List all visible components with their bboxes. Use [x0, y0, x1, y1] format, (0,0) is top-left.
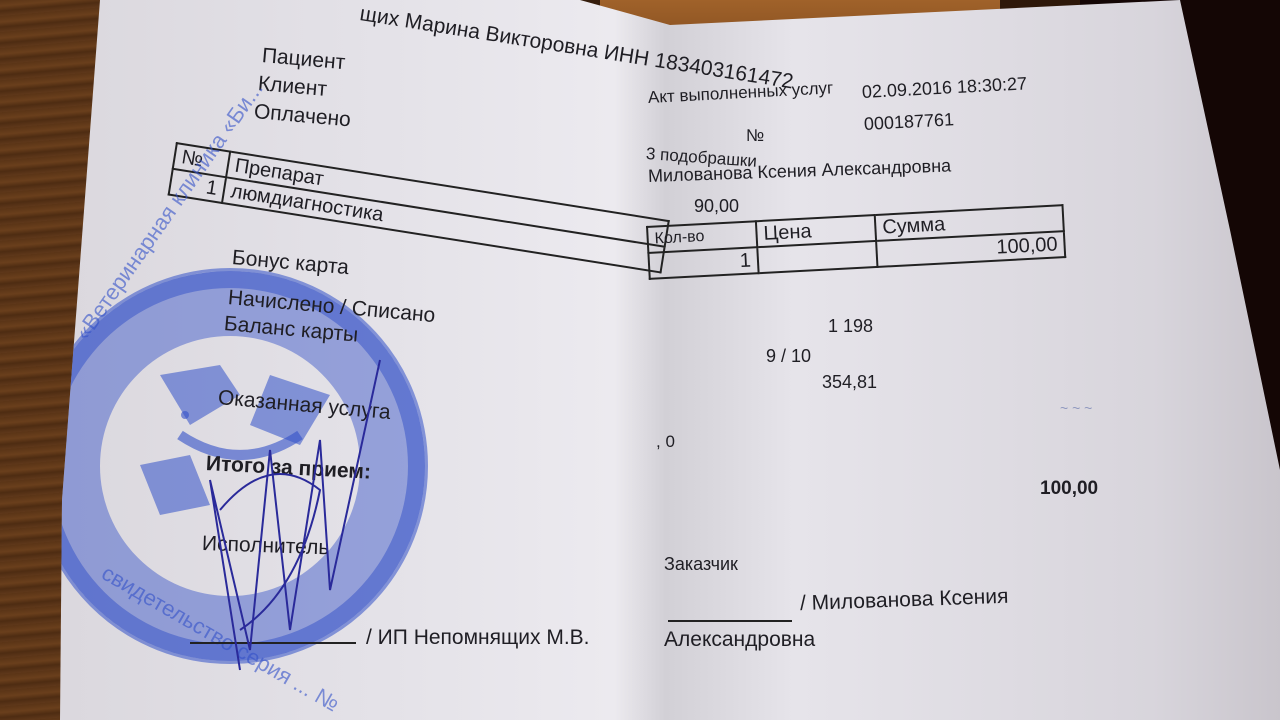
row-price — [757, 241, 877, 273]
service-value: , 0 — [656, 432, 675, 452]
bonus-card-value: 1 198 — [828, 316, 873, 337]
accrued-value: 9 / 10 — [766, 346, 811, 367]
act-title: Акт выполненных услуг — [647, 78, 833, 108]
balance-value: 354,81 — [822, 372, 877, 393]
act-number: 000187761 — [863, 109, 954, 135]
customer-sign-name-2: Александровна — [664, 628, 815, 652]
handwritten-signature-icon — [180, 330, 440, 690]
patient-label: Пациент — [261, 44, 346, 75]
customer-sign-name-1: / Милованова Ксения — [800, 585, 1009, 616]
act-datetime: 02.09.2016 18:30:27 — [861, 73, 1027, 103]
row-qty: 1 — [648, 247, 758, 279]
paid-value: 90,00 — [694, 196, 739, 217]
customer-label: Заказчик — [664, 554, 738, 575]
receipt-paper: щих Марина Викторовна ИНН 183403161472 П… — [0, 0, 1280, 720]
customer-signature-line — [668, 620, 792, 622]
faint-mark: ~ ~ ~ — [1060, 400, 1170, 420]
client-label: Клиент — [257, 72, 328, 102]
number-label: № — [746, 126, 764, 146]
total-value: 100,00 — [1040, 478, 1098, 500]
paid-label: Оплачено — [253, 100, 352, 132]
